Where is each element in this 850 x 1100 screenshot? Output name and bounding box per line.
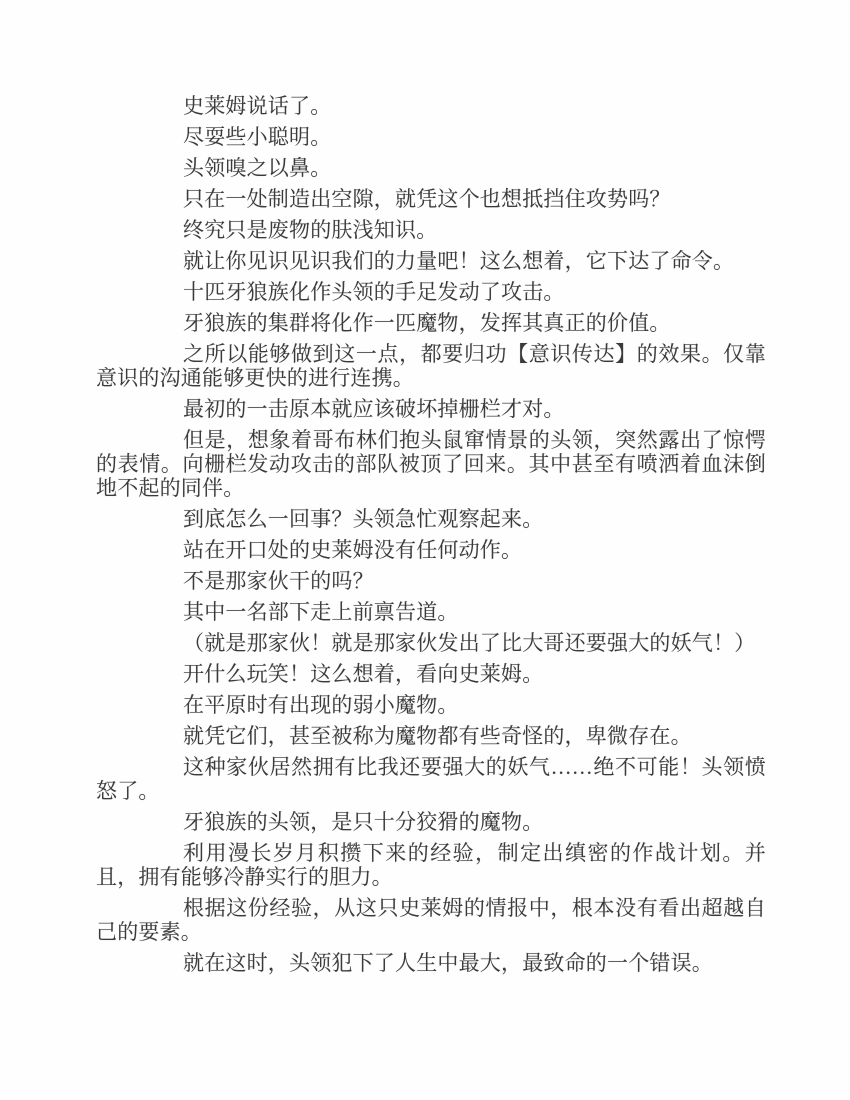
paragraph: 开什么玩笑！这么想着，看向史莱姆。 — [96, 662, 766, 686]
paragraph: 其中一名部下走上前禀告道。 — [96, 600, 766, 624]
paragraph: 但是，想象着哥布林们抱头鼠窜情景的头领，突然露出了惊愕的表情。向栅栏发动攻击的部… — [96, 428, 766, 500]
paragraph: 就让你见识见识我们的力量吧！这么想着，它下达了命令。 — [96, 249, 766, 273]
paragraph: 利用漫长岁月积攒下来的经验，制定出缜密的作战计划。并且，拥有能够冷静实行的胆力。 — [96, 841, 766, 889]
paragraph: 史莱姆说话了。 — [96, 94, 766, 118]
paragraph: 头领嗅之以鼻。 — [96, 156, 766, 180]
paragraph: 就凭它们，甚至被称为魔物都有些奇怪的，卑微存在。 — [96, 724, 766, 748]
novel-text-block: 史莱姆说话了。 尽耍些小聪明。 头领嗅之以鼻。 只在一处制造出空隙，就凭这个也想… — [96, 94, 766, 982]
paragraph: 根据这份经验，从这只史莱姆的情报中，根本没有看出超越自己的要素。 — [96, 896, 766, 944]
paragraph: 就在这时，头领犯下了人生中最大，最致命的一个错误。 — [96, 951, 766, 975]
paragraph: 终究只是废物的肤浅知识。 — [96, 218, 766, 242]
paragraph: 牙狼族的集群将化作一匹魔物，发挥其真正的价值。 — [96, 311, 766, 335]
novel-page: 史莱姆说话了。 尽耍些小聪明。 头领嗅之以鼻。 只在一处制造出空隙，就凭这个也想… — [0, 0, 850, 1100]
paragraph: 只在一处制造出空隙，就凭这个也想抵挡住攻势吗？ — [96, 187, 766, 211]
paragraph: 牙狼族的头领，是只十分狡猾的魔物。 — [96, 810, 766, 834]
paragraph: 这种家伙居然拥有比我还要强大的妖气……绝不可能！头领愤怒了。 — [96, 755, 766, 803]
paragraph: 十匹牙狼族化作头领的手足发动了攻击。 — [96, 280, 766, 304]
paragraph: 最初的一击原本就应该破坏掉栅栏才对。 — [96, 397, 766, 421]
paragraph: 不是那家伙干的吗？ — [96, 569, 766, 593]
paragraph: 在平原时有出现的弱小魔物。 — [96, 693, 766, 717]
paragraph: 之所以能够做到这一点，都要归功【意识传达】的效果。仅靠意识的沟通能够更快的进行连… — [96, 342, 766, 390]
paragraph: （就是那家伙！就是那家伙发出了比大哥还要强大的妖气！） — [96, 631, 766, 655]
paragraph: 尽耍些小聪明。 — [96, 125, 766, 149]
paragraph: 到底怎么一回事？头领急忙观察起来。 — [96, 507, 766, 531]
paragraph: 站在开口处的史莱姆没有任何动作。 — [96, 538, 766, 562]
